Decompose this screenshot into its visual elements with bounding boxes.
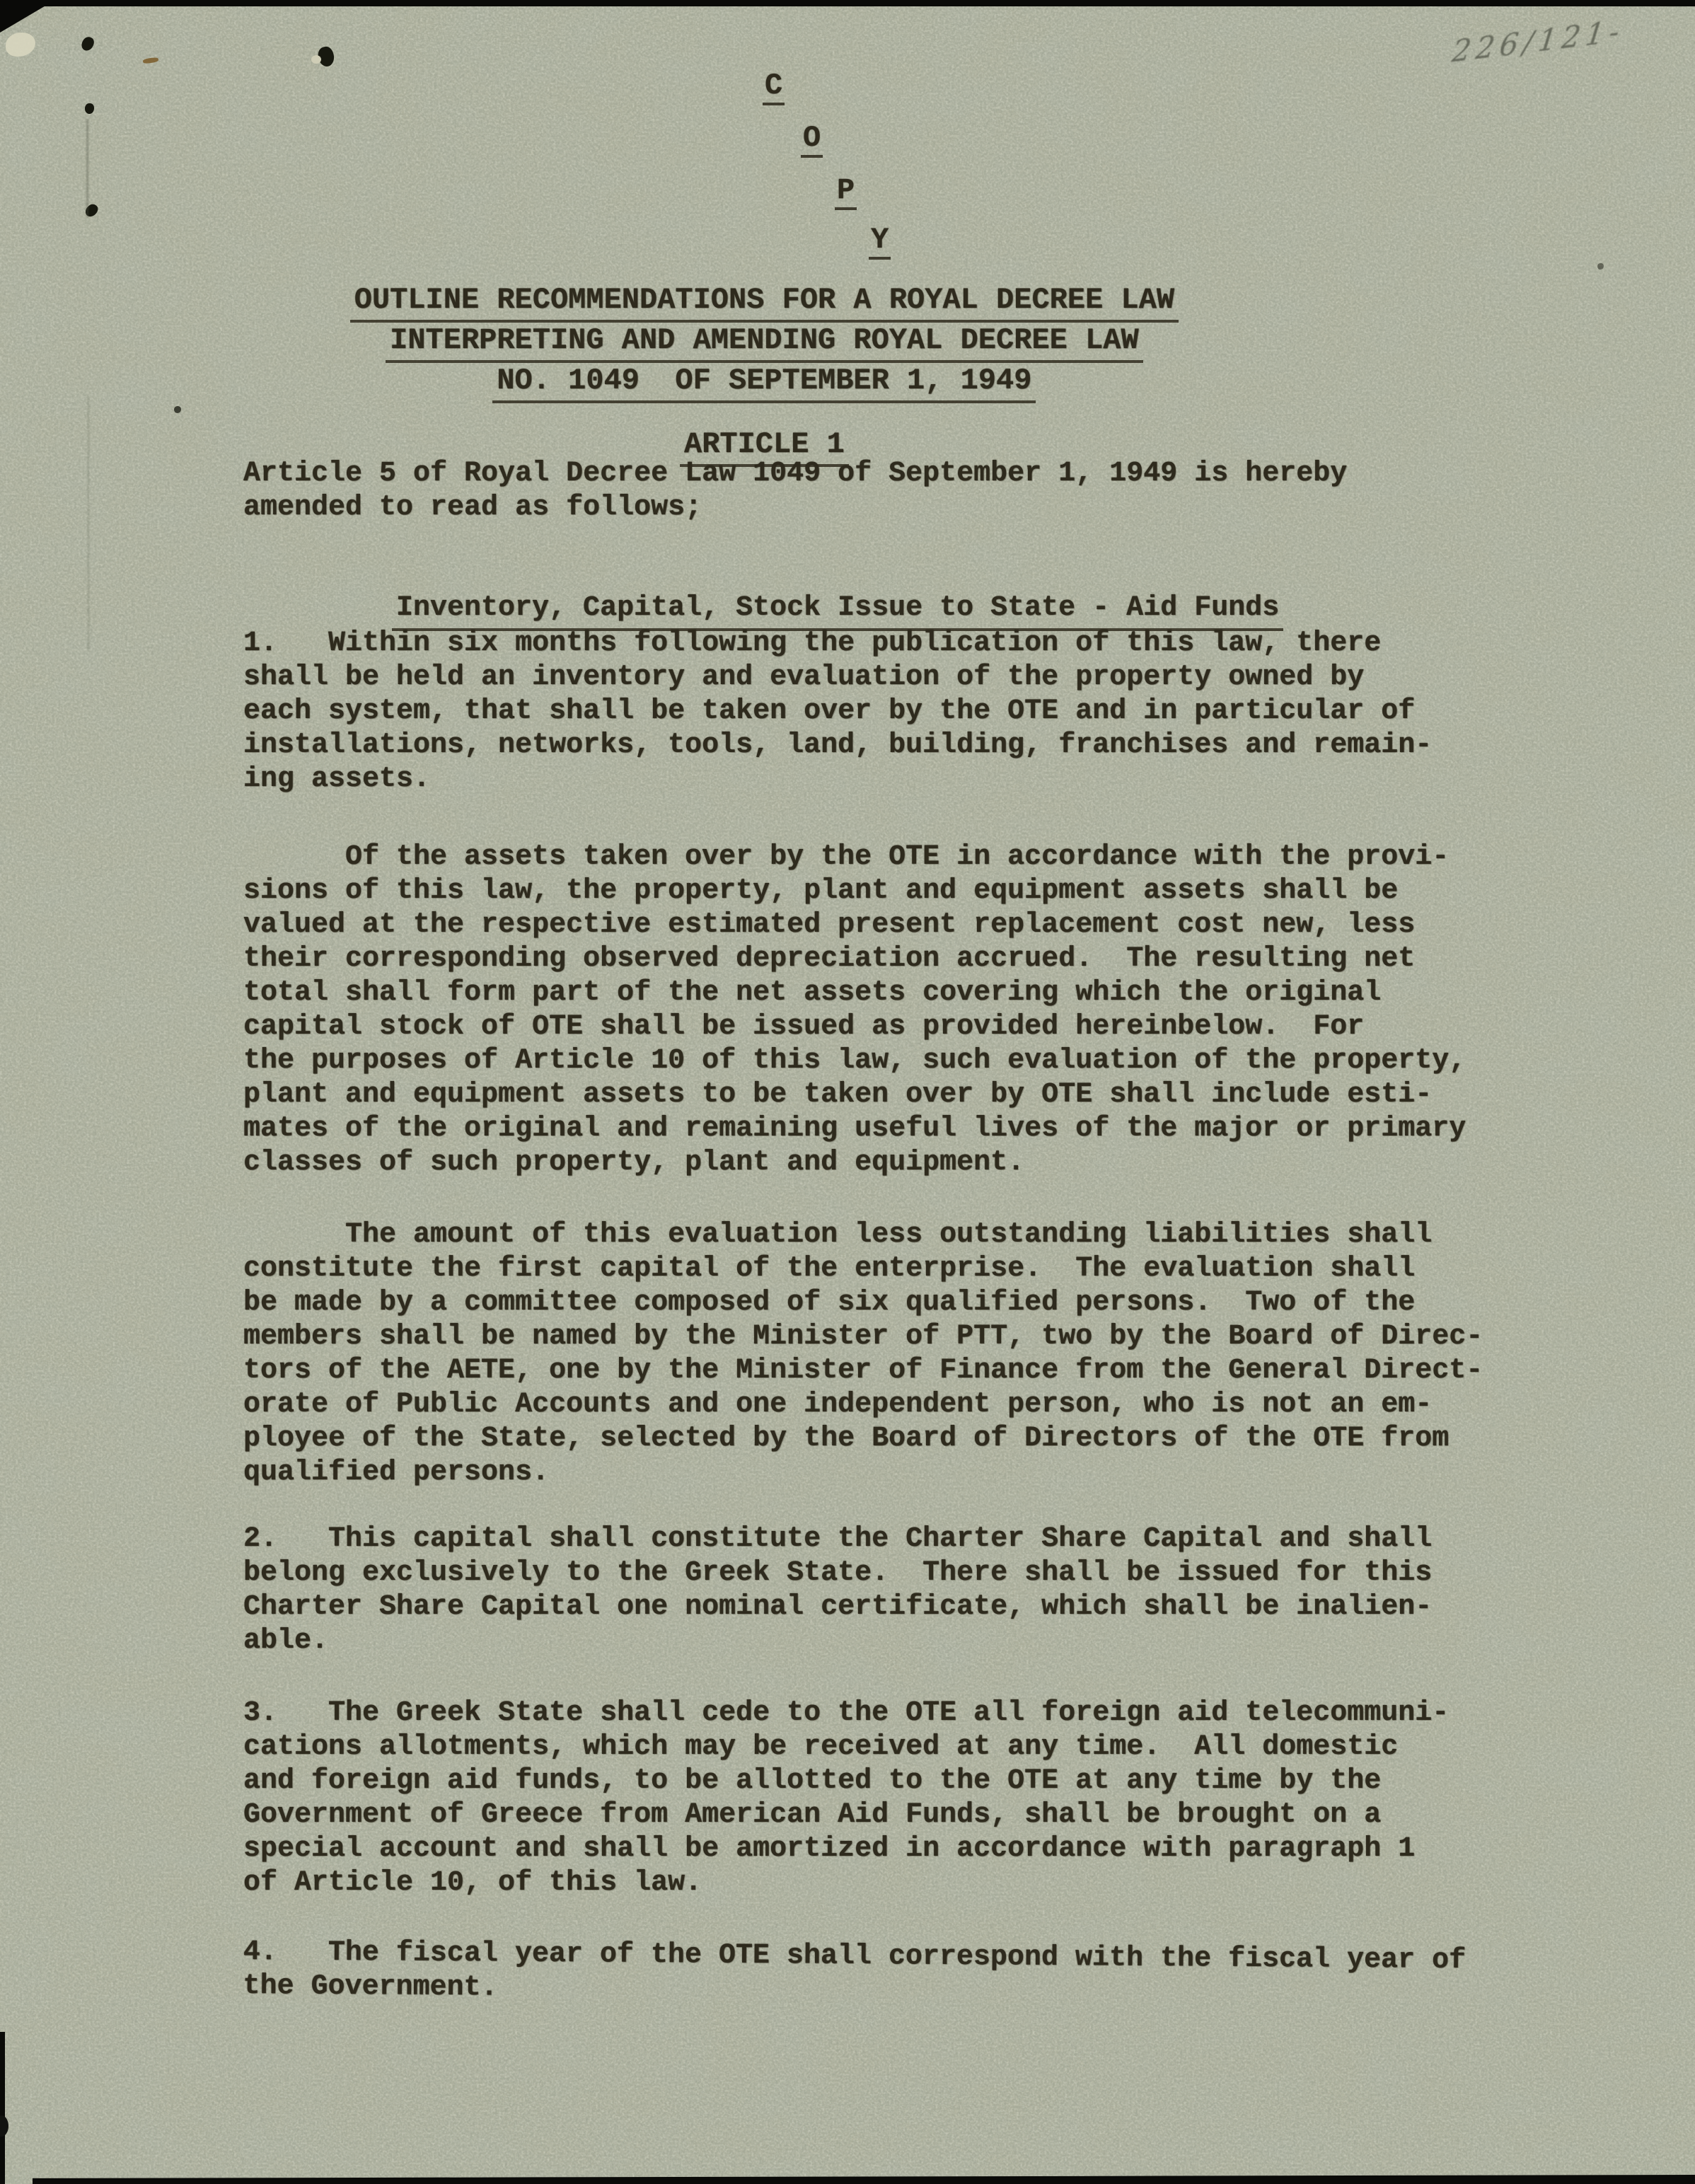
paper-speck: [80, 35, 96, 53]
paragraph-unnumbered-assets: Of the assets taken over by the OTE in a…: [243, 840, 1466, 1180]
paragraph-1: 1. Within six months following the publi…: [243, 627, 1432, 797]
copy-mark-letter-o: O: [801, 123, 823, 158]
handwritten-annotation: 226/121-: [1450, 13, 1626, 70]
paragraph-2: 2. This capital shall constitute the Cha…: [243, 1523, 1432, 1658]
scan-edge-top: [0, 0, 1695, 6]
paper-speck: [85, 103, 94, 114]
paragraph-3: 3. The Greek State shall cede to the OTE…: [243, 1697, 1449, 1900]
paper-speck: [1597, 263, 1604, 270]
paper-notch: [0, 2115, 8, 2137]
copy-letter-text: P: [835, 175, 857, 210]
paper-stain: [143, 57, 159, 64]
paper-crease: [86, 119, 88, 218]
paper-speck: [311, 55, 321, 64]
copy-letter-text: O: [801, 123, 823, 158]
paragraph-unnumbered-evaluation: The amount of this evaluation less outst…: [243, 1218, 1483, 1490]
copy-letter-text: C: [763, 71, 785, 105]
paper-chip: [6, 33, 35, 57]
paper-crease: [88, 396, 89, 651]
document-page: 226/121- C O P Y OUTLINE RECOMMENDATIONS…: [0, 0, 1695, 2184]
intro-paragraph: Article 5 of Royal Decree Law 1049 of Se…: [243, 457, 1347, 525]
scan-corner-top-left: [0, 0, 55, 33]
paragraph-4: 4. The fiscal year of the OTE shall corr…: [243, 1936, 1466, 2012]
copy-mark-letter-c: C: [763, 71, 785, 105]
paper-speck: [174, 406, 181, 413]
copy-mark-letter-p: P: [835, 175, 857, 210]
scan-edge-bottom: [33, 2175, 1695, 2184]
scan-edge-left: [0, 2032, 5, 2184]
section-heading-text: Inventory, Capital, Stock Issue to State…: [392, 591, 1283, 631]
